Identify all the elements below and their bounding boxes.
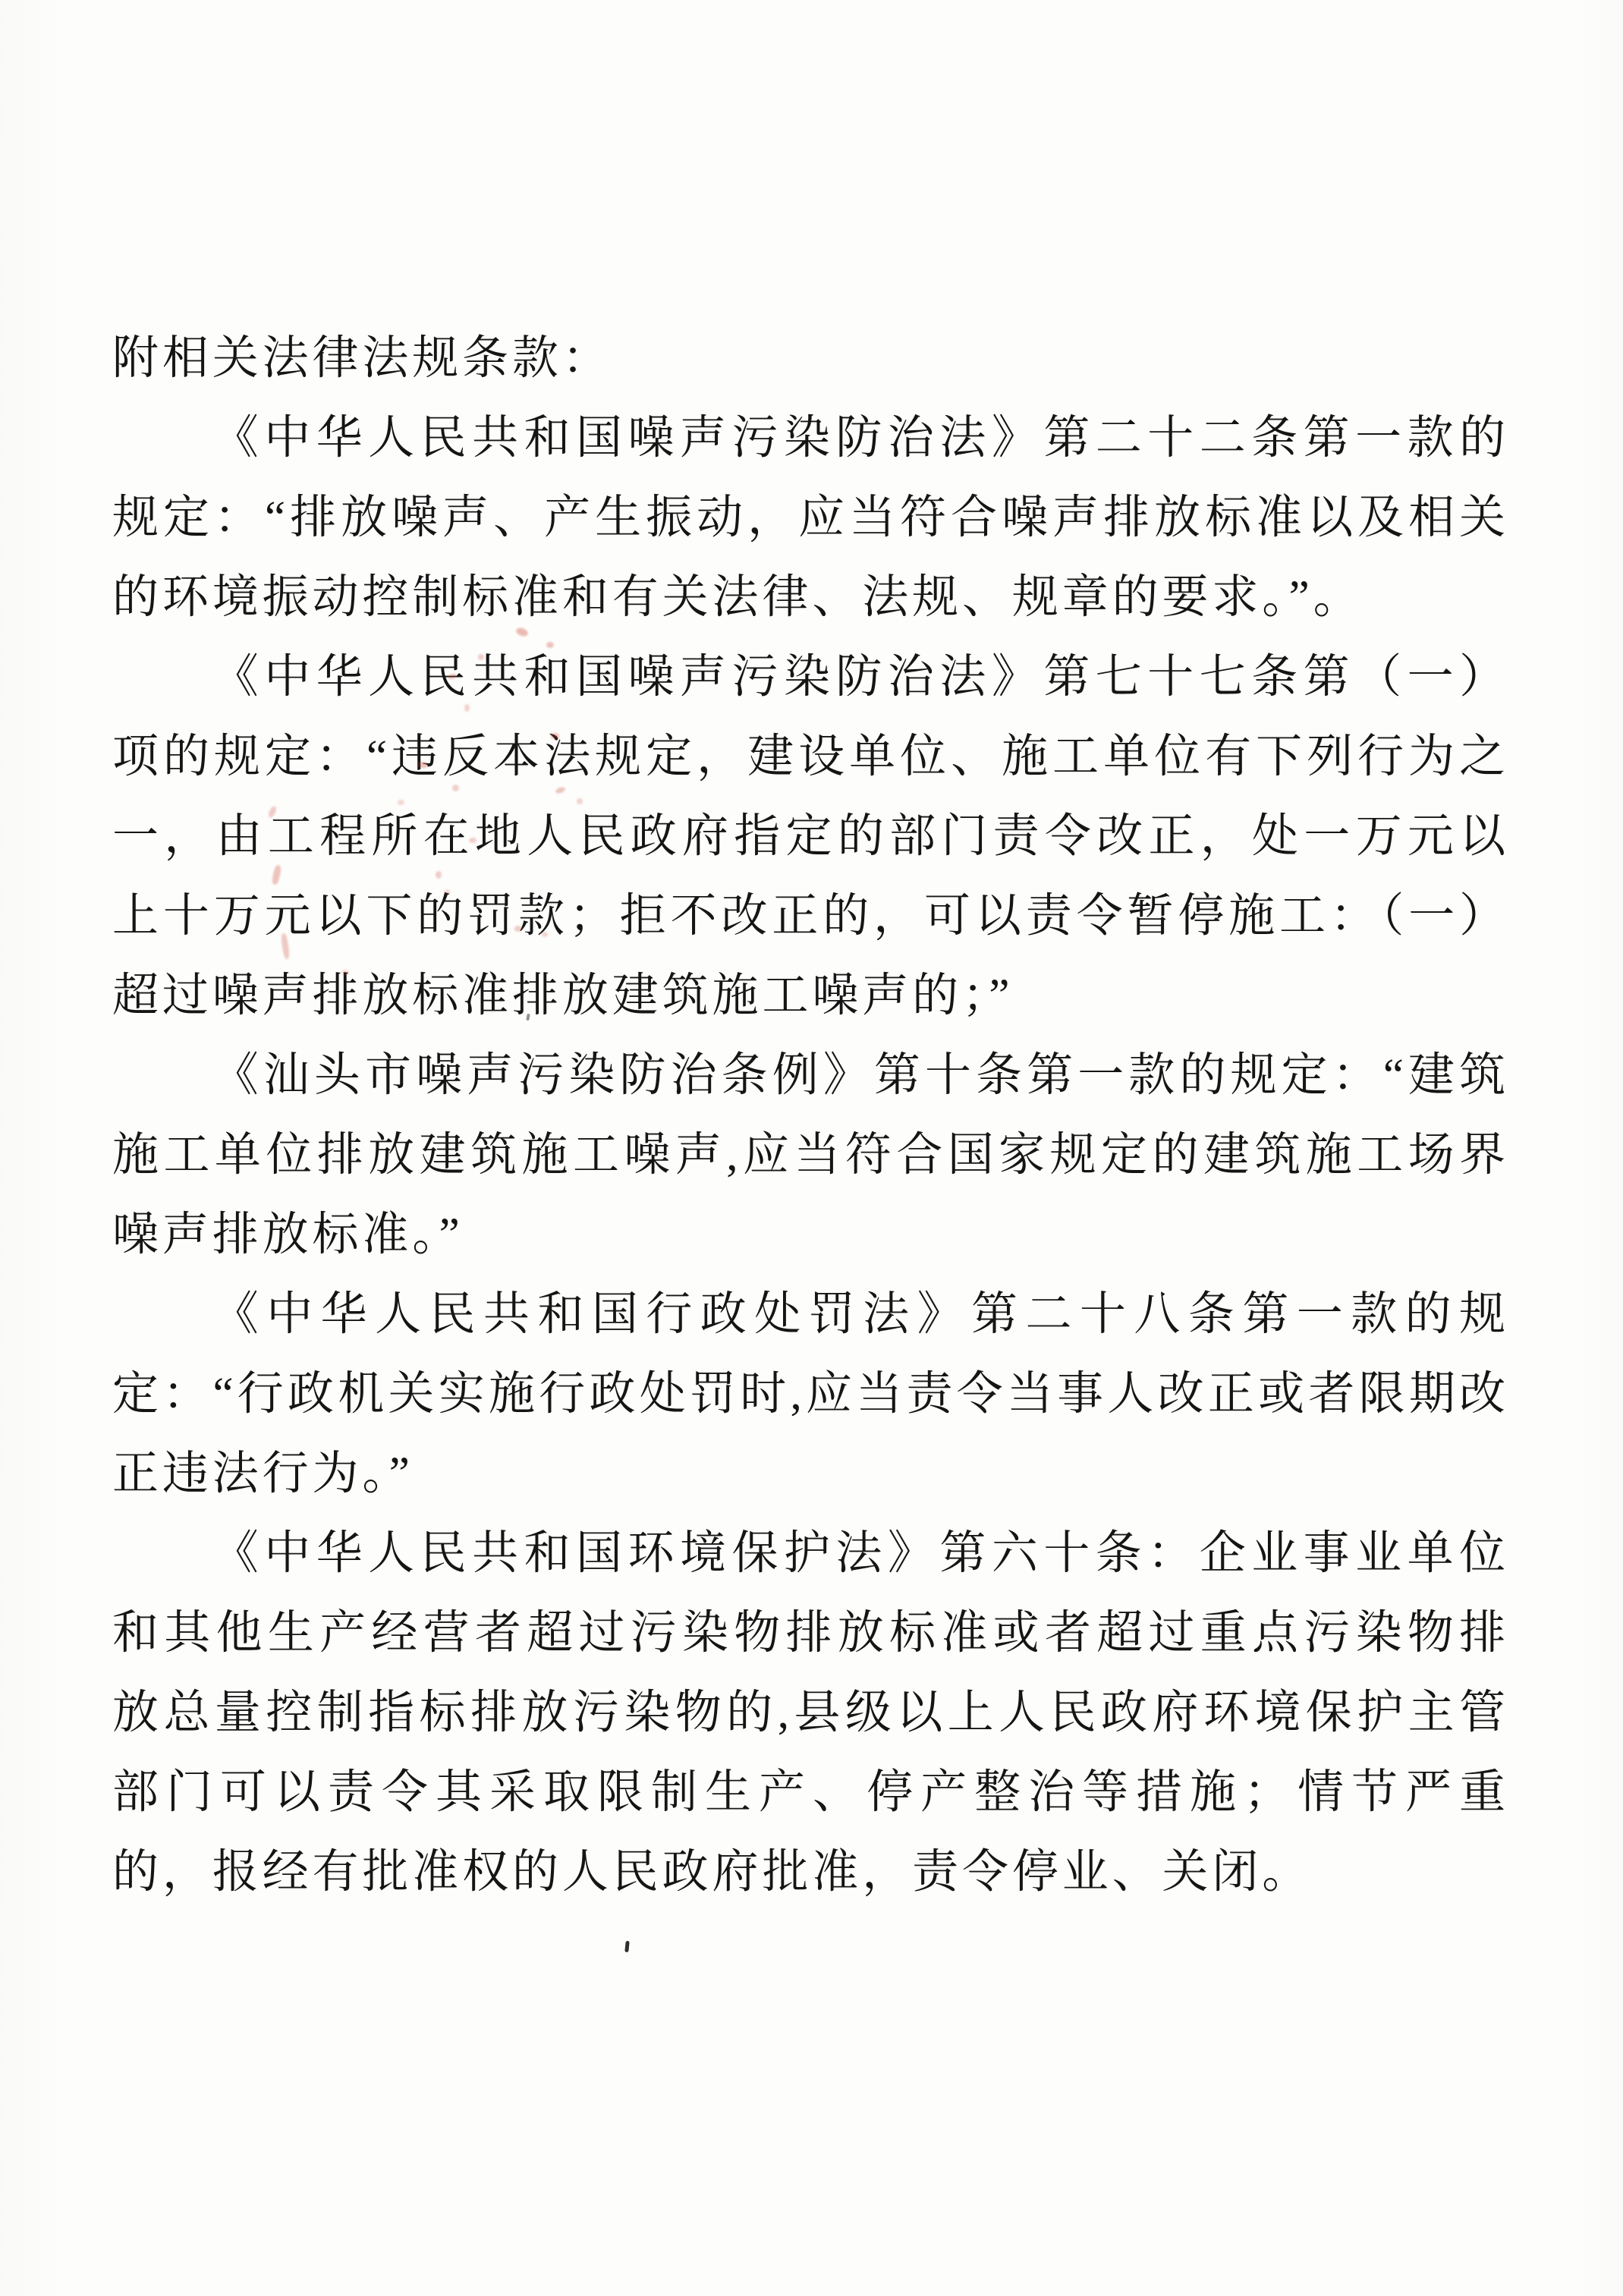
legal-paragraph-3: 《汕头市噪声污染防治条例》第十条第一款的规定：“建筑施工单位排放建筑施工噪声,应… — [112, 1036, 1509, 1275]
doc-heading-line: 附相关法律法规条款： — [112, 319, 1509, 398]
legal-paragraph-1: 《中华人民共和国噪声污染防治法》第二十二条第一款的规定：“排放噪声、产生振动，应… — [112, 398, 1509, 637]
legal-paragraph-4: 《中华人民共和国行政处罚法》第二十八条第一款的规定：“行政机关实施行政处罚时,应… — [112, 1275, 1509, 1514]
scan-speck — [624, 1941, 630, 1952]
document-page: 附相关法律法规条款： 《中华人民共和国噪声污染防治法》第二十二条第一款的规定：“… — [0, 0, 1623, 2296]
legal-paragraph-5: 《中华人民共和国环境保护法》第六十条：企业事业单位和其他生产经营者超过污染物排放… — [112, 1514, 1509, 1912]
legal-paragraph-2: 《中华人民共和国噪声污染防治法》第七十七条第（一）项的规定：“违反本法规定，建设… — [112, 637, 1509, 1036]
legal-text-block: 附相关法律法规条款： 《中华人民共和国噪声污染防治法》第二十二条第一款的规定：“… — [112, 319, 1509, 1912]
